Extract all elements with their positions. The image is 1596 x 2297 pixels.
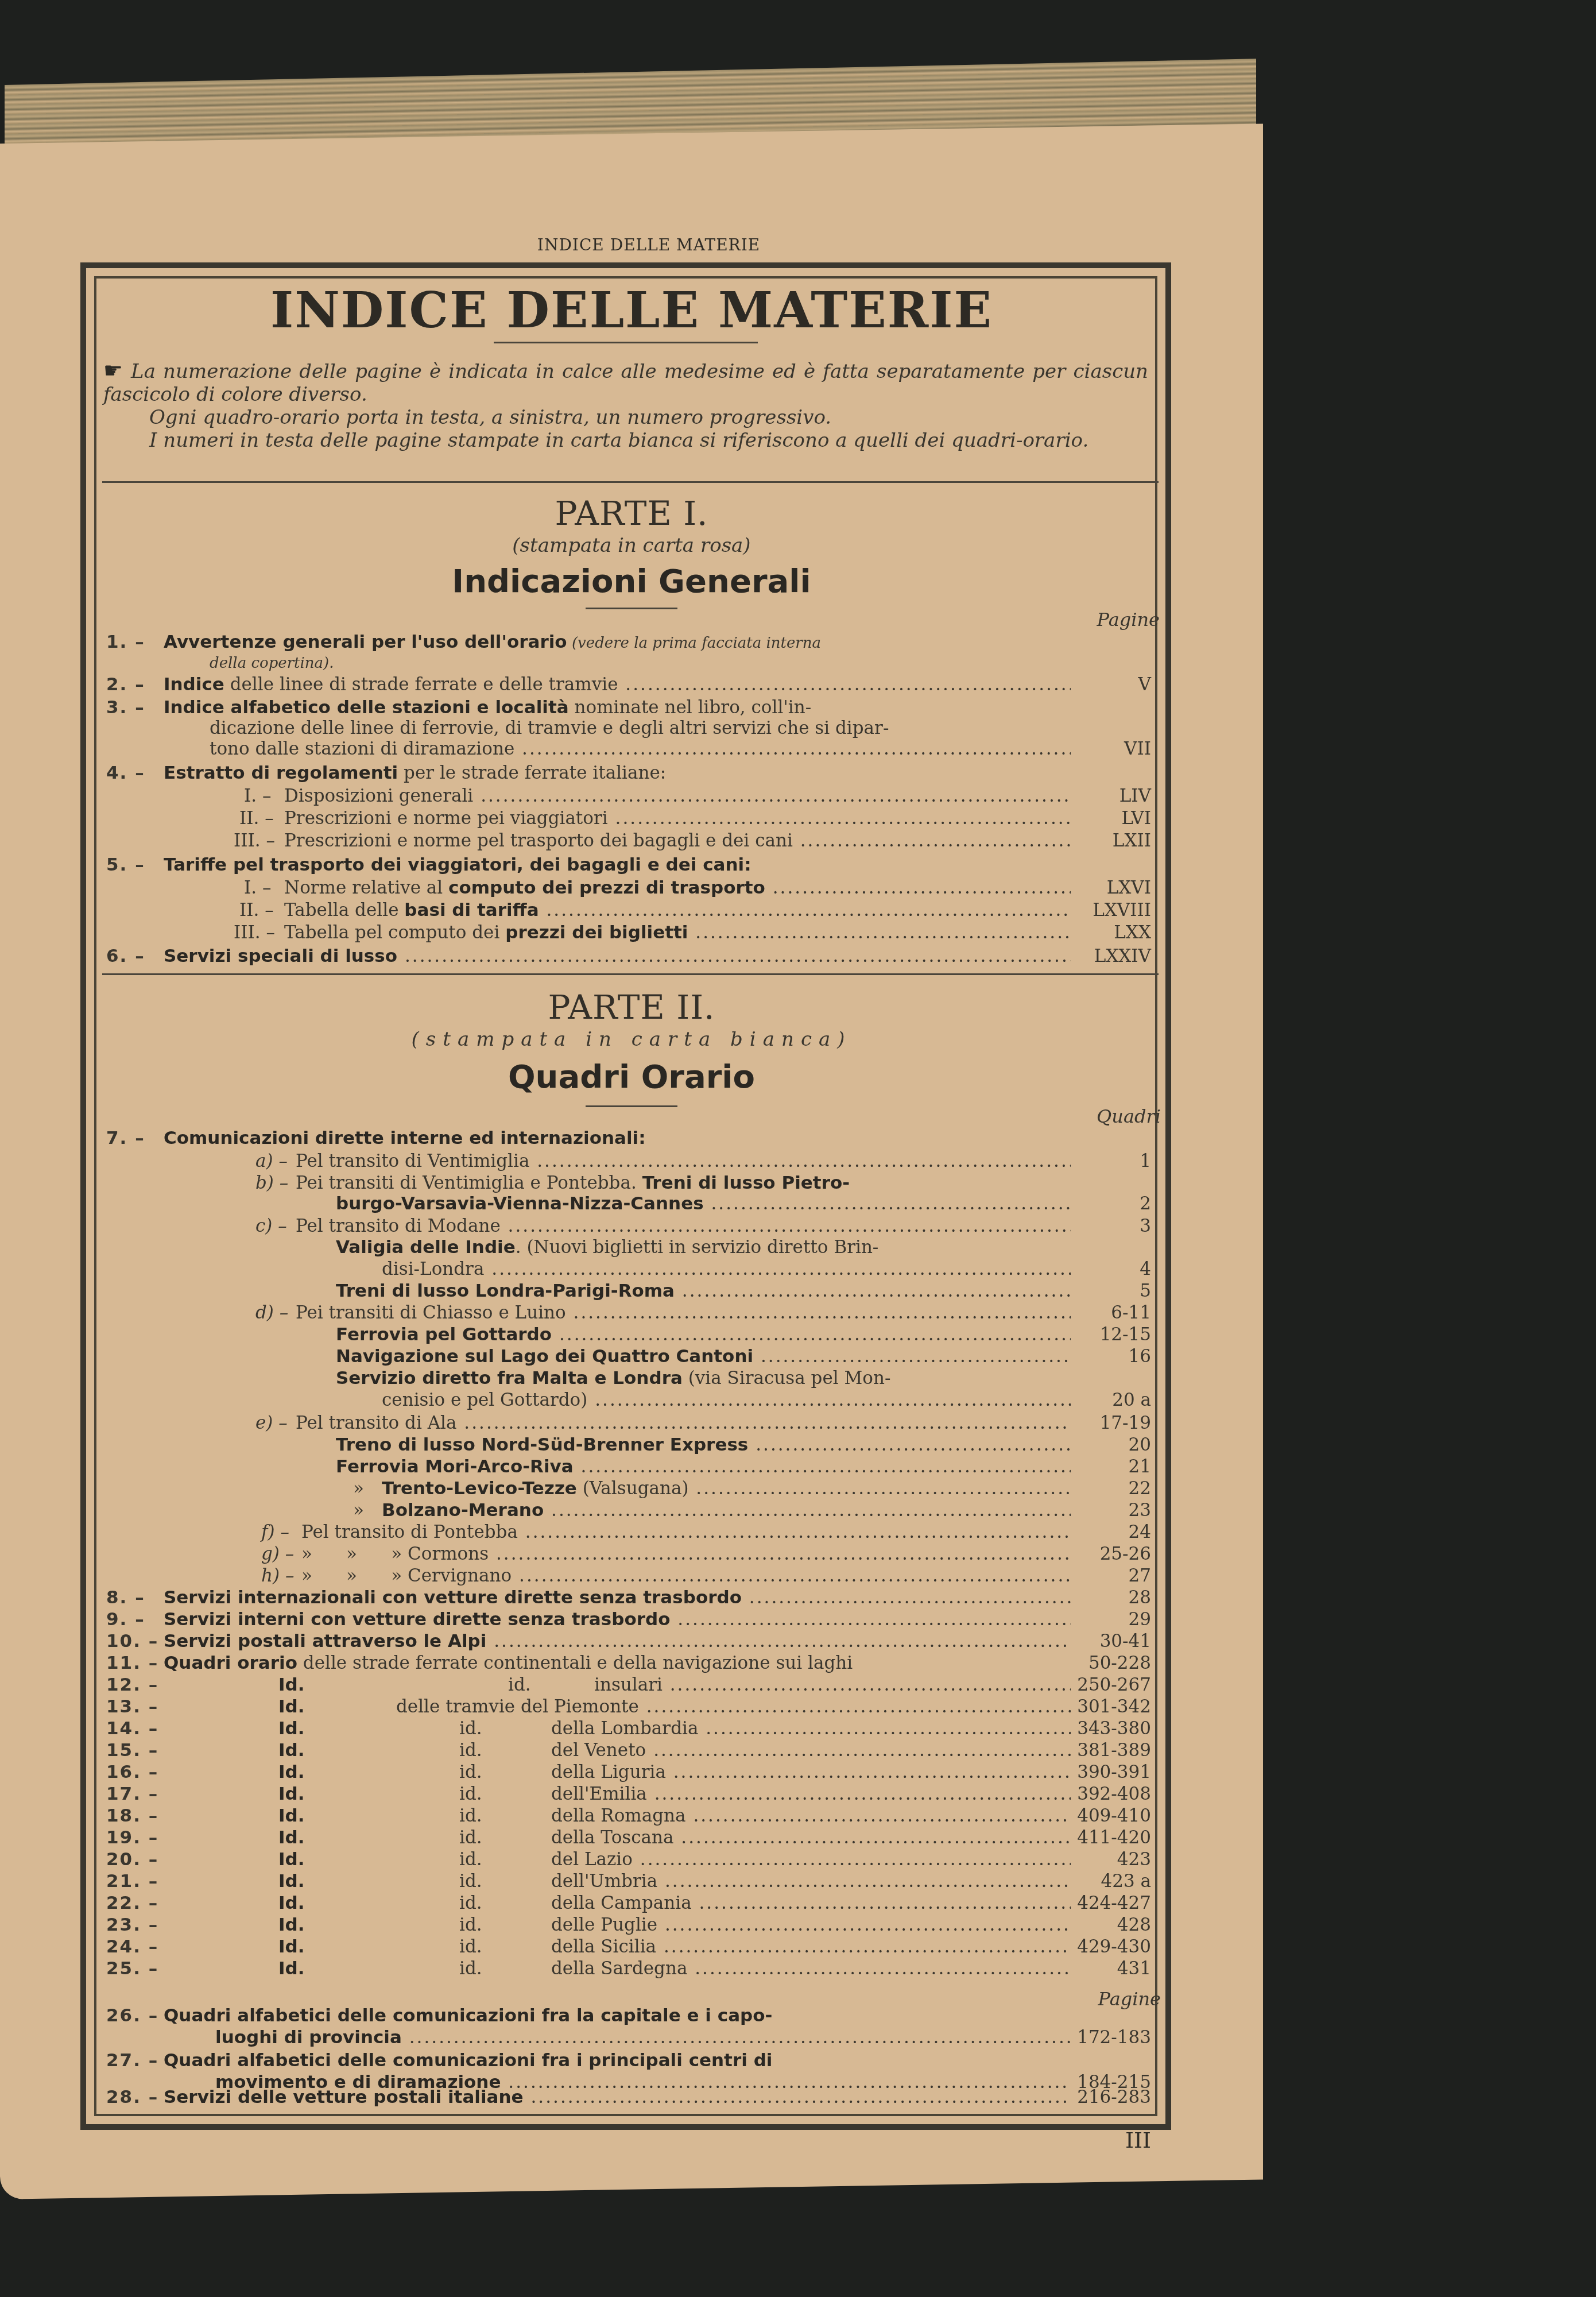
quadro-ref: 29 [1076, 1608, 1151, 1631]
note-line-2: Ogni quadro-orario porta in testa, a sin… [103, 406, 1148, 429]
pagine-column-header: Pagine [1097, 609, 1160, 631]
toc-subentry[interactable]: » Trento-Levico-Tezze (Valsugana) 22 [106, 1477, 1151, 1500]
quadro-ref: 22 [1076, 1477, 1151, 1500]
toc-entry[interactable]: 10. – Servizi postali attraverso le Alpi… [106, 1630, 1151, 1653]
toc-subentry-continuation: cenisio e pel Gottardo) 20 a [106, 1389, 1151, 1412]
part-1-end-rule [102, 973, 1159, 975]
toc-entry[interactable]: 17. – Id. id. dell'Emilia 392-408 [106, 1782, 1151, 1805]
toc-subentry[interactable]: I. – Disposizioni generali LIV [106, 784, 1151, 807]
title-rule [494, 342, 758, 343]
quadro-ref: 23 [1076, 1499, 1151, 1522]
quadro-ref: 424-427 [1076, 1892, 1151, 1915]
page-title: INDICE DELLE MATERIE [0, 281, 1263, 339]
toc-entry-continuation: dicazione delle linee di ferrovie, di tr… [106, 717, 1151, 740]
note-line-1: La numerazione delle pagine è indicata i… [103, 360, 1148, 406]
quadro-ref: 423 [1076, 1848, 1151, 1871]
toc-subentry[interactable]: Treni di lusso Londra-Parigi-Roma 5 [106, 1279, 1151, 1302]
toc-subentry[interactable]: Navigazione sul Lago dei Quattro Cantoni… [106, 1345, 1151, 1368]
toc-entry[interactable]: 23. – Id. id. delle Puglie 428 [106, 1913, 1151, 1936]
part-2-subtitle: (stampata in carta bianca) [0, 1028, 1263, 1051]
toc-subentry[interactable]: III. – Prescrizioni e norme pel trasport… [106, 829, 1151, 852]
quadri-column-header: Quadri [1097, 1105, 1161, 1127]
toc-subentry[interactable]: c) – Pel transito di Modane 3 [106, 1215, 1151, 1238]
toc-entry[interactable]: 21. – Id. id. dell'Umbria 423 a [106, 1870, 1151, 1893]
toc-subentry[interactable]: I. – Norme relative al computo dei prezz… [106, 876, 1151, 899]
page-ref: LIV [1076, 784, 1151, 807]
part-1-title: PARTE I. [0, 494, 1263, 533]
quadro-ref: 4 [1076, 1258, 1151, 1281]
running-header: INDICE DELLE MATERIE [488, 235, 809, 254]
page-ref: LXVIII [1076, 899, 1151, 922]
note-line-3: I numeri in testa delle pagine stampate … [103, 429, 1148, 452]
toc-entry[interactable]: 15. – Id. id. del Veneto 381-389 [106, 1739, 1151, 1762]
toc-subentry[interactable]: Valigia delle Indie. (Nuovi biglietti in… [106, 1236, 1151, 1259]
part-2-rule [586, 1105, 677, 1107]
page-ref: LXII [1076, 829, 1151, 852]
toc-entry[interactable]: 24. – Id. id. della Sicilia 429-430 [106, 1935, 1151, 1958]
quadro-ref: 250-267 [1076, 1673, 1151, 1696]
toc-subentry[interactable]: Ferrovia Mori-Arco-Riva 21 [106, 1455, 1151, 1478]
toc-entry[interactable]: 9. – Servizi interni con vetture dirette… [106, 1608, 1151, 1631]
part-1-section-title: Indicazioni Generali [0, 563, 1263, 600]
toc-entry[interactable]: 22. – Id. id. della Campania 424-427 [106, 1892, 1151, 1915]
quadro-ref: 50-228 [1076, 1652, 1151, 1675]
toc-subentry[interactable]: d) – Pei transiti di Chiasso e Luino 6-1… [106, 1301, 1151, 1324]
toc-entry[interactable]: 14. – Id. id. della Lombardia 343-380 [106, 1717, 1151, 1740]
toc-entry[interactable]: 3. – Indice alfabetico delle stazioni e … [106, 696, 1151, 719]
page-ref: 216-283 [1076, 2086, 1151, 2109]
toc-subentry-continuation: burgo-Varsavia-Vienna-Nizza-Cannes 2 [106, 1192, 1151, 1215]
quadro-ref: 381-389 [1076, 1739, 1151, 1762]
quadro-ref: 30-41 [1076, 1630, 1151, 1653]
toc-subentry-continuation: disi-Londra 4 [106, 1258, 1151, 1281]
part-2-title: PARTE II. [0, 988, 1263, 1027]
pointing-hand-icon: ☛ [103, 359, 123, 382]
toc-subentry[interactable]: f) – Pel transito di Pontebba 24 [106, 1521, 1151, 1544]
toc-entry[interactable]: 13. – Id. delle tramvie del Piemonte 301… [106, 1695, 1151, 1718]
quadro-ref: 12-15 [1076, 1323, 1151, 1346]
page-ref: LXVI [1076, 876, 1151, 899]
quadro-ref: 2 [1076, 1192, 1151, 1215]
toc-entry[interactable]: 2. – Indice delle linee di strade ferrat… [106, 673, 1151, 696]
quadro-ref: 20 [1076, 1433, 1151, 1456]
quadro-ref: 21 [1076, 1455, 1151, 1478]
part-1-subtitle: (stampata in carta rosa) [0, 534, 1263, 557]
toc-entry[interactable]: 26. – Quadri alfabetici delle comunicazi… [106, 2004, 1151, 2027]
page-ref: V [1076, 673, 1151, 696]
quadro-ref: 25-26 [1076, 1542, 1151, 1565]
quadro-ref: 24 [1076, 1521, 1151, 1544]
page-ref: LXX [1076, 921, 1151, 944]
quadro-ref: 27 [1076, 1564, 1151, 1587]
toc-subentry[interactable]: II. – Prescrizioni e norme pei viaggiato… [106, 807, 1151, 830]
notes-block: ☛La numerazione delle pagine è indicata … [103, 359, 1148, 452]
toc-subentry[interactable]: b) – Pei transiti di Ventimiglia e Ponte… [106, 1171, 1151, 1194]
quadro-ref: 411-420 [1076, 1826, 1151, 1849]
page-ref: LXXIV [1076, 945, 1151, 968]
toc-entry[interactable]: 11. – Quadri orario delle strade ferrate… [106, 1652, 1151, 1675]
toc-entry[interactable]: 25. – Id. id. della Sardegna 431 [106, 1957, 1151, 1980]
toc-subentry[interactable]: h) – » » » Cervignano 27 [106, 1564, 1151, 1587]
quadro-ref: 6-11 [1076, 1301, 1151, 1324]
quadro-ref: 429-430 [1076, 1935, 1151, 1958]
toc-entry[interactable]: 18. – Id. id. della Romagna 409-410 [106, 1804, 1151, 1827]
toc-entry[interactable]: 7. – Comunicazioni dirette interne ed in… [106, 1127, 1151, 1150]
toc-entry[interactable]: 1. – Avvertenze generali per l'uso dell'… [106, 631, 1151, 653]
quadro-ref: 431 [1076, 1957, 1151, 1980]
quadro-ref: 392-408 [1076, 1782, 1151, 1805]
page-ref: LVI [1076, 807, 1151, 830]
toc-entry[interactable]: 19. – Id. id. della Toscana 411-420 [106, 1826, 1151, 1849]
quadro-ref: 16 [1076, 1345, 1151, 1368]
quadro-ref: 428 [1076, 1913, 1151, 1936]
toc-subentry[interactable]: Ferrovia pel Gottardo 12-15 [106, 1323, 1151, 1346]
toc-entry[interactable]: 8. – Servizi internazionali con vetture … [106, 1586, 1151, 1609]
page-ref: VII [1076, 737, 1151, 760]
toc-entry[interactable]: 28. – Servizi delle vetture postali ital… [106, 2086, 1151, 2109]
toc-entry[interactable]: 5. – Tariffe pel trasporto dei viaggiato… [106, 853, 1151, 876]
toc-entry-continuation: della copertina). [106, 652, 1151, 675]
quadro-ref: 1 [1076, 1150, 1151, 1173]
notes-rule [102, 481, 1159, 483]
page-number: III [1125, 2128, 1151, 2153]
quadro-ref: 17-19 [1076, 1412, 1151, 1434]
toc-subentry[interactable]: » Bolzano-Merano 23 [106, 1499, 1151, 1522]
toc-subentry[interactable]: a) – Pel transito di Ventimiglia 1 [106, 1150, 1151, 1173]
part-2-section-title: Quadri Orario [0, 1058, 1263, 1096]
page-ref: 172-183 [1076, 2026, 1151, 2049]
toc-entry[interactable]: 6. – Servizi speciali di lusso LXXIV [106, 945, 1151, 968]
toc-subentry[interactable]: e) – Pel transito di Ala 17-19 [106, 1412, 1151, 1434]
toc-entry[interactable]: 20. – Id. id. del Lazio 423 [106, 1848, 1151, 1871]
part-1-rule [586, 608, 677, 609]
toc-entry[interactable]: 27. – Quadri alfabetici delle comunicazi… [106, 2049, 1151, 2072]
toc-subentry[interactable]: II. – Tabella delle basi di tariffa LXVI… [106, 899, 1151, 922]
quadro-ref: 3 [1076, 1215, 1151, 1238]
toc-entry-continuation: tono dalle stazioni di diramazione VII [106, 737, 1151, 760]
toc-subentry[interactable]: III. – Tabella pel computo dei prezzi de… [106, 921, 1151, 944]
quadro-ref: 343-380 [1076, 1717, 1151, 1740]
quadro-ref: 423 a [1076, 1870, 1151, 1893]
quadro-ref: 20 a [1076, 1389, 1151, 1412]
toc-entry[interactable]: 16. – Id. id. della Liguria 390-391 [106, 1761, 1151, 1784]
toc-entry-continuation: luoghi di provincia 172-183 [106, 2026, 1151, 2049]
quadro-ref: 28 [1076, 1586, 1151, 1609]
toc-entry[interactable]: 4. – Estratto di regolamenti per le stra… [106, 761, 1151, 784]
quadro-ref: 390-391 [1076, 1761, 1151, 1784]
quadro-ref: 409-410 [1076, 1804, 1151, 1827]
toc-subentry[interactable]: Treno di lusso Nord-Süd-Brenner Express … [106, 1433, 1151, 1456]
toc-subentry[interactable]: g) – » » » Cormons 25-26 [106, 1542, 1151, 1565]
quadro-ref: 5 [1076, 1279, 1151, 1302]
quadro-ref: 301-342 [1076, 1695, 1151, 1718]
toc-subentry[interactable]: Servizio diretto fra Malta e Londra (via… [106, 1367, 1151, 1390]
page-content: INDICE DELLE MATERIE INDICE DELLE MATERI… [0, 0, 1263, 2297]
toc-entry[interactable]: 12. – Id. id. insulari 250-267 [106, 1673, 1151, 1696]
